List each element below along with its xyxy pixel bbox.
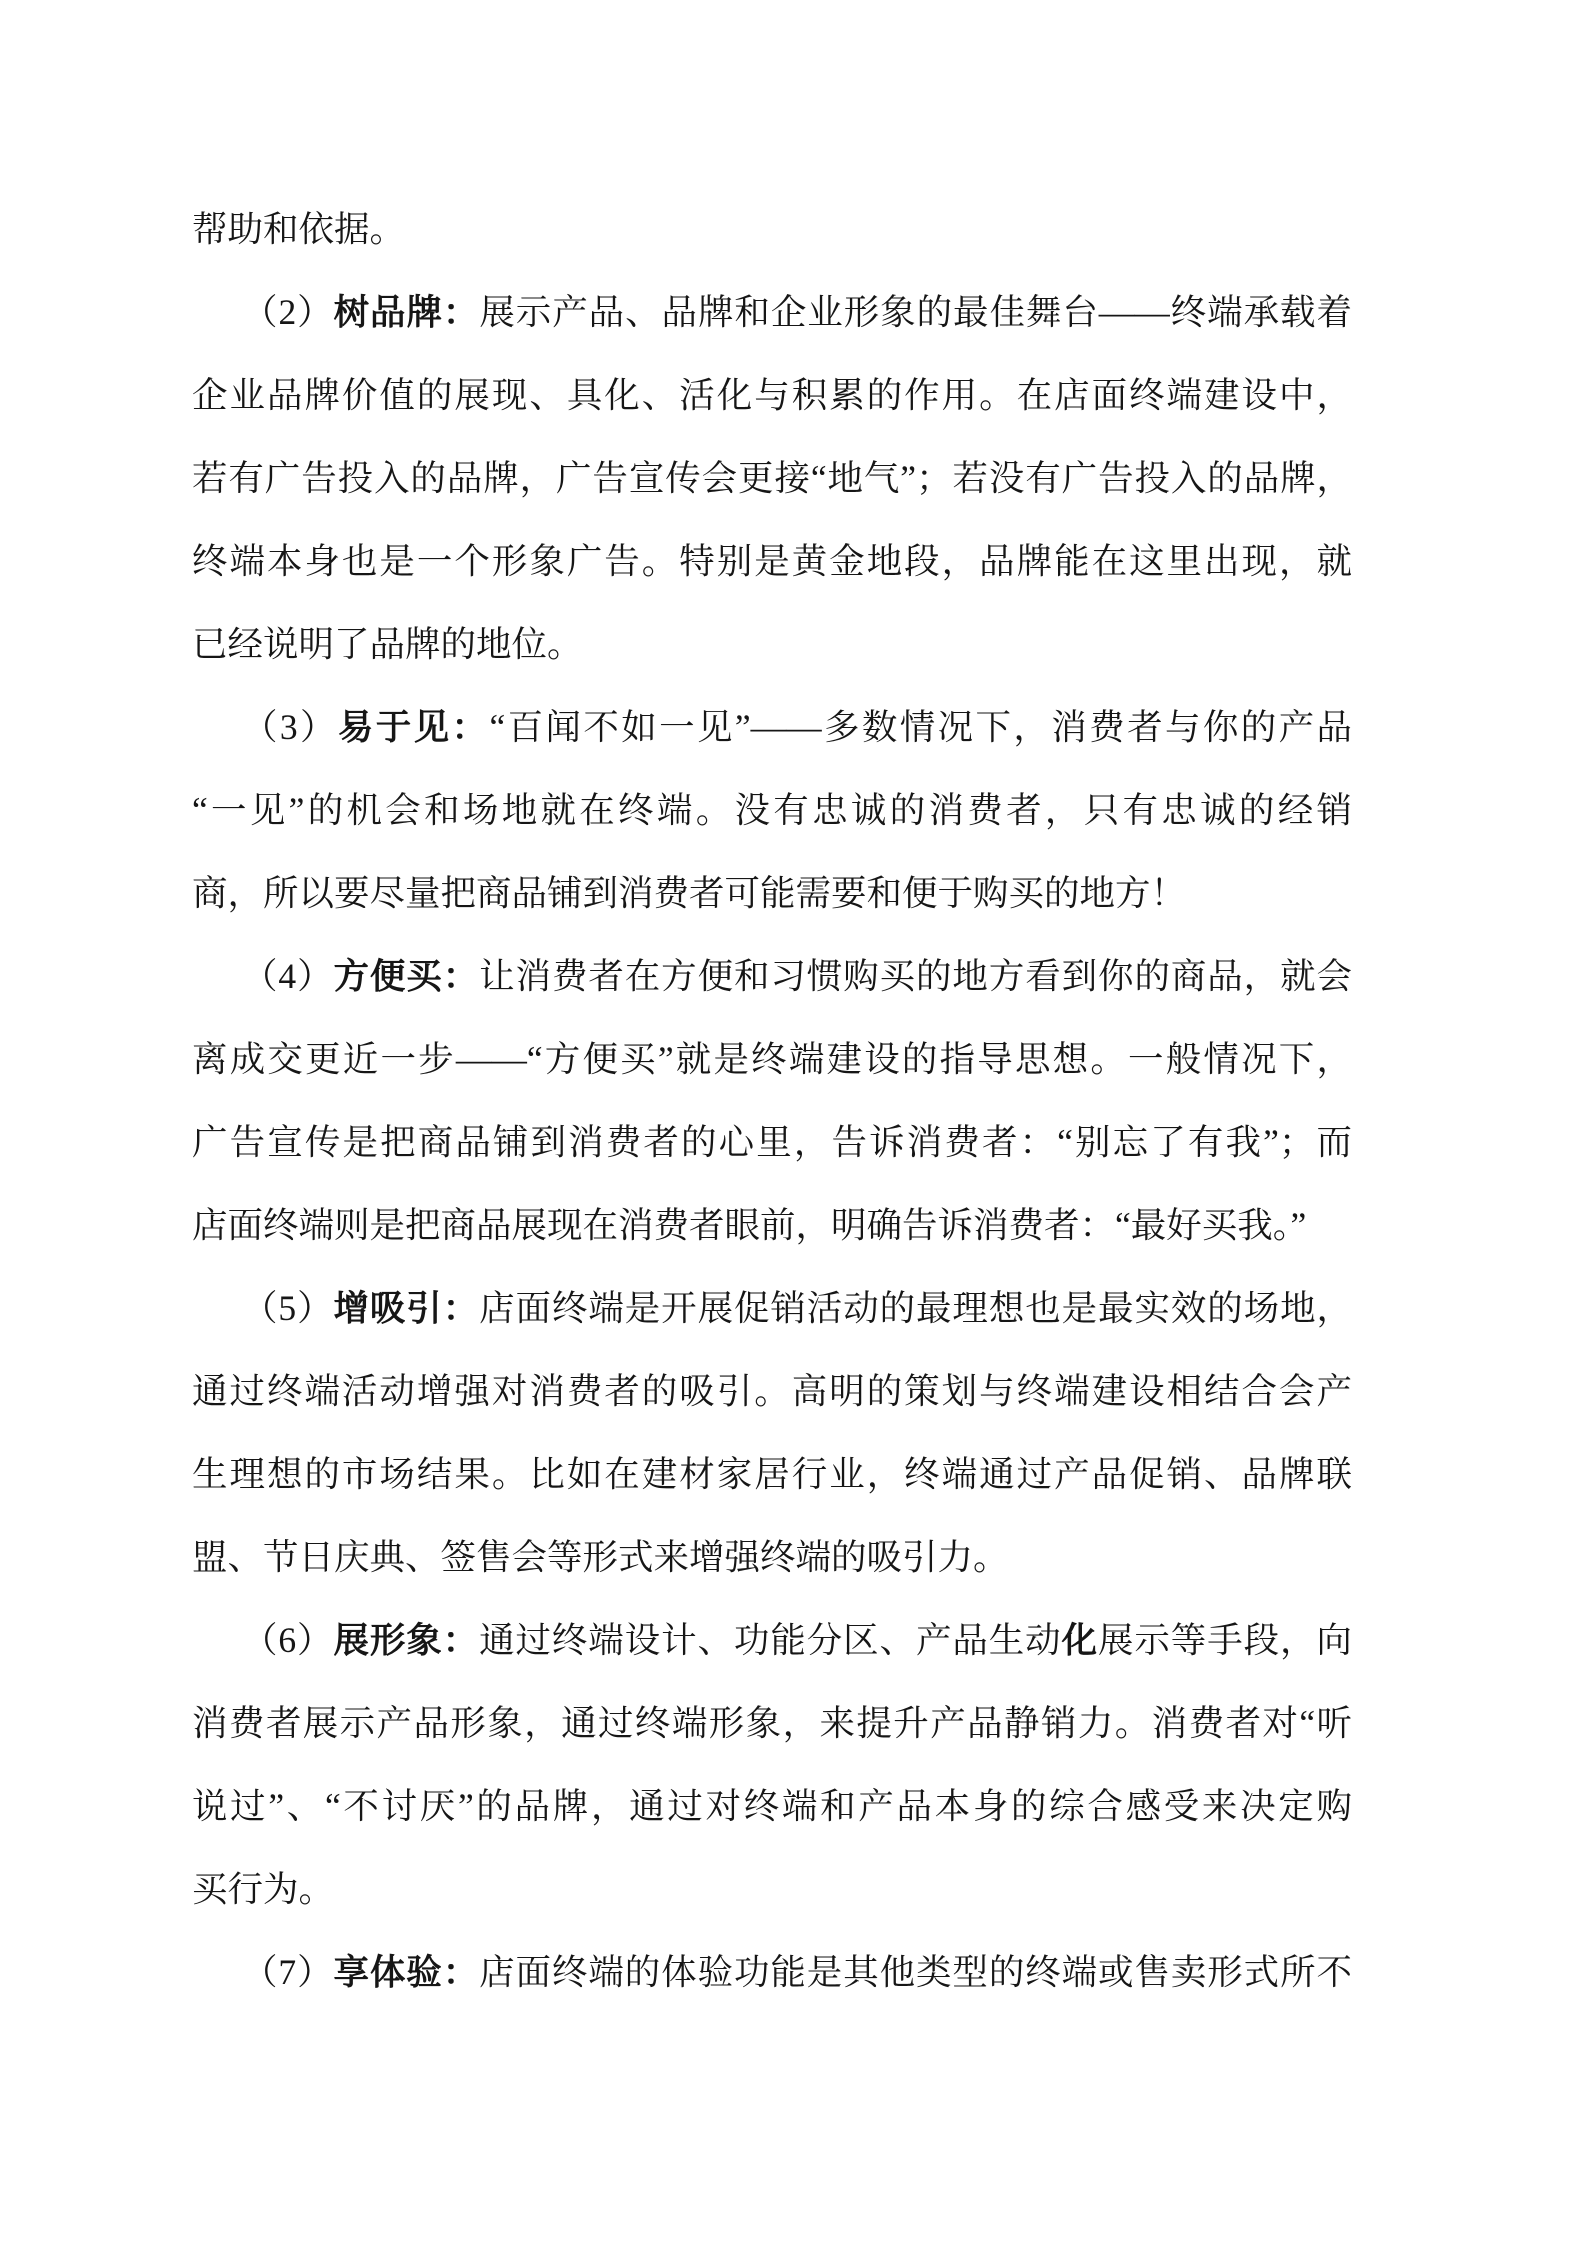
text-run: 店面终端则是把商品展现在消费者眼前，明确告诉消费者：“最好买我。” — [192, 1205, 1306, 1245]
keyword-run: 化 — [1062, 1620, 1098, 1660]
text-run: “百闻不如一见”——多数情况下，消费者与你的产品 — [489, 707, 1352, 747]
text-line: 通过终端活动增强对消费者的吸引。高明的策划与终端建设相结合会产 — [192, 1350, 1352, 1433]
text-run: 展示产品、品牌和企业形象的最佳舞台——终端承载着 — [479, 292, 1352, 332]
text-run: 展示等手段，向 — [1098, 1620, 1352, 1660]
text-run: （7） — [242, 1952, 333, 1992]
text-line: 说过”、“不讨厌”的品牌，通过对终端和产品本身的综合感受来决定购 — [192, 1765, 1352, 1848]
text-run: 通过终端活动增强对消费者的吸引。高明的策划与终端建设相结合会产 — [192, 1371, 1352, 1411]
text-run: 消费者展示产品形象，通过终端形象，来提升产品静销力。消费者对“听 — [192, 1703, 1352, 1743]
document-page: 帮助和依据。（2）树品牌：展示产品、品牌和企业形象的最佳舞台——终端承载着企业品… — [0, 0, 1587, 2245]
text-run: 店面终端是开展促销活动的最理想也是最实效的场地， — [479, 1288, 1352, 1328]
keyword-run: 展形象： — [333, 1620, 479, 1660]
text-run: 生理想的市场结果。比如在建材家居行业，终端通过产品促销、品牌联 — [192, 1454, 1352, 1494]
text-run: 广告宣传是把商品铺到消费者的心里，告诉消费者：“别忘了有我”；而 — [192, 1122, 1352, 1162]
text-run: 企业品牌价值的展现、具化、活化与积累的作用。在店面终端建设中， — [192, 375, 1352, 415]
text-run: 帮助和依据。 — [192, 209, 405, 249]
text-run: 通过终端设计、功能分区、产品生动 — [479, 1620, 1062, 1660]
text-line: 店面终端则是把商品展现在消费者眼前，明确告诉消费者：“最好买我。” — [192, 1184, 1352, 1267]
text-line: 生理想的市场结果。比如在建材家居行业，终端通过产品促销、品牌联 — [192, 1433, 1352, 1516]
text-line: 终端本身也是一个形象广告。特别是黄金地段，品牌能在这里出现，就 — [192, 520, 1352, 603]
text-line: （5）增吸引：店面终端是开展促销活动的最理想也是最实效的场地， — [192, 1267, 1352, 1350]
text-run: （4） — [242, 956, 333, 996]
keyword-run: 方便买： — [333, 956, 479, 996]
text-line: 商，所以要尽量把商品铺到消费者可能需要和便于购买的地方！ — [192, 852, 1352, 935]
text-run: 盟、节日庆典、签售会等形式来增强终端的吸引力。 — [192, 1537, 1009, 1577]
keyword-run: 易于见： — [338, 707, 490, 747]
keyword-run: 增吸引： — [333, 1288, 479, 1328]
text-line: 盟、节日庆典、签售会等形式来增强终端的吸引力。 — [192, 1516, 1352, 1599]
text-run: 让消费者在方便和习惯购买的地方看到你的商品，就会 — [479, 956, 1352, 996]
text-line: 买行为。 — [192, 1848, 1352, 1931]
text-run: 若有广告投入的品牌，广告宣传会更接“地气”；若没有广告投入的品牌， — [192, 458, 1352, 498]
text-run: （6） — [242, 1620, 333, 1660]
text-line: 广告宣传是把商品铺到消费者的心里，告诉消费者：“别忘了有我”；而 — [192, 1101, 1352, 1184]
keyword-run: 享体验： — [333, 1952, 479, 1992]
text-line: 已经说明了品牌的地位。 — [192, 603, 1352, 686]
text-line: 离成交更近一步——“方便买”就是终端建设的指导思想。一般情况下， — [192, 1018, 1352, 1101]
text-line: 消费者展示产品形象，通过终端形象，来提升产品静销力。消费者对“听 — [192, 1682, 1352, 1765]
text-run: “一见”的机会和场地就在终端。没有忠诚的消费者，只有忠诚的经销 — [192, 790, 1352, 830]
text-line: 企业品牌价值的展现、具化、活化与积累的作用。在店面终端建设中， — [192, 354, 1352, 437]
text-line: （7）享体验：店面终端的体验功能是其他类型的终端或售卖形式所不 — [192, 1931, 1352, 2014]
document-body: 帮助和依据。（2）树品牌：展示产品、品牌和企业形象的最佳舞台——终端承载着企业品… — [192, 188, 1352, 2014]
text-line: （6）展形象：通过终端设计、功能分区、产品生动化展示等手段，向 — [192, 1599, 1352, 1682]
text-line: （4）方便买：让消费者在方便和习惯购买的地方看到你的商品，就会 — [192, 935, 1352, 1018]
text-run: （5） — [242, 1288, 333, 1328]
text-run: 商，所以要尽量把商品铺到消费者可能需要和便于购买的地方！ — [192, 873, 1186, 913]
text-run: 离成交更近一步——“方便买”就是终端建设的指导思想。一般情况下， — [192, 1039, 1352, 1079]
text-run: 买行为。 — [192, 1869, 334, 1909]
text-line: 帮助和依据。 — [192, 188, 1352, 271]
text-run: （3） — [242, 707, 338, 747]
text-run: 已经说明了品牌的地位。 — [192, 624, 583, 664]
text-run: 店面终端的体验功能是其他类型的终端或售卖形式所不 — [479, 1952, 1352, 1992]
text-run: （2） — [242, 292, 334, 332]
keyword-run: 树品牌： — [334, 292, 480, 332]
text-run: 说过”、“不讨厌”的品牌，通过对终端和产品本身的综合感受来决定购 — [192, 1786, 1352, 1826]
text-line: 若有广告投入的品牌，广告宣传会更接“地气”；若没有广告投入的品牌， — [192, 437, 1352, 520]
text-line: “一见”的机会和场地就在终端。没有忠诚的消费者，只有忠诚的经销 — [192, 769, 1352, 852]
text-line: （3）易于见：“百闻不如一见”——多数情况下，消费者与你的产品 — [192, 686, 1352, 769]
text-run: 终端本身也是一个形象广告。特别是黄金地段，品牌能在这里出现，就 — [192, 541, 1352, 581]
text-line: （2）树品牌：展示产品、品牌和企业形象的最佳舞台——终端承载着 — [192, 271, 1352, 354]
